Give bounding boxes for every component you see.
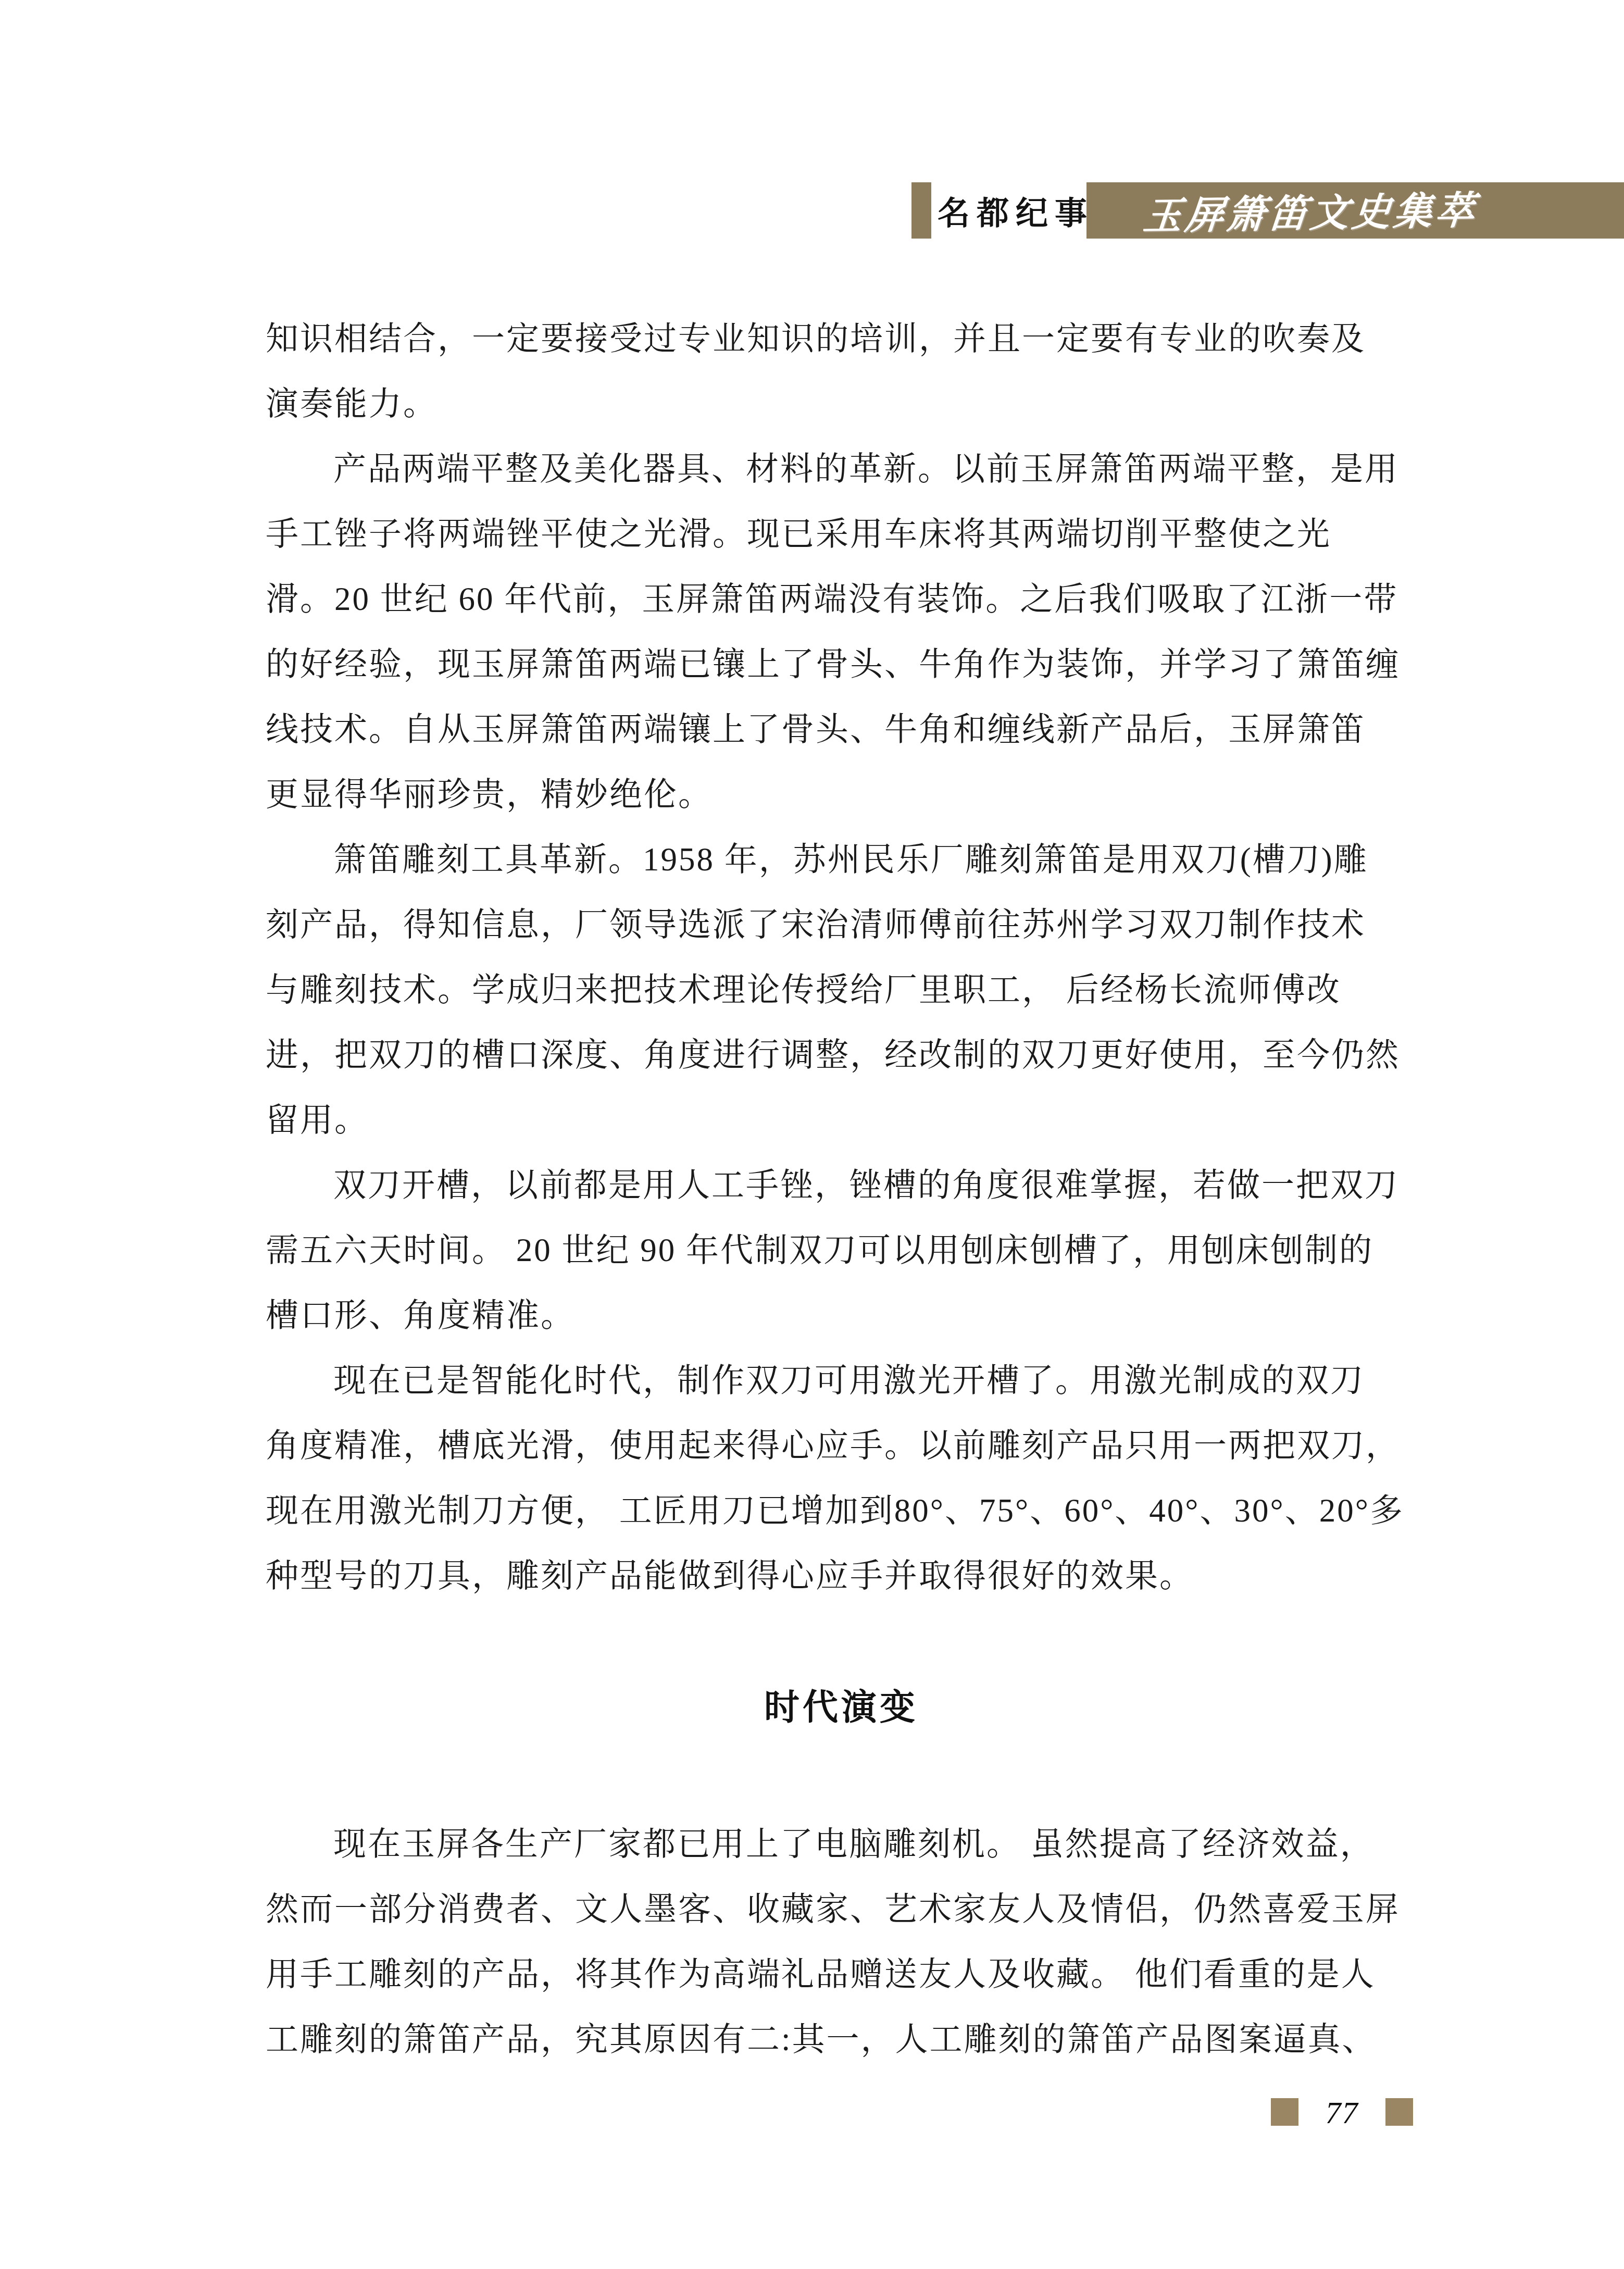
folio-square-left [1271,2098,1298,2126]
body-line: 箫笛雕刻工具革新。1958 年，苏州民乐厂雕刻箫笛是用双刀(槽刀)雕 [266,827,1417,892]
header-accent-bar [911,182,931,239]
body-line: 手工锉子将两端锉平使之光滑。现已采用车床将其两端切削平整使之光 [266,502,1417,567]
running-head: 名都纪事 玉屏箫笛文史集萃 [0,182,1624,239]
body-line: 需五六天时间。 20 世纪 90 年代制双刀可以用刨床刨槽了，用刨床刨制的 [266,1218,1417,1283]
body-line: 现在用激光制刀方便， 工匠用刀已增加到80°、75°、60°、40°、30°、2… [266,1478,1417,1543]
body-line: 双刀开槽，以前都是用人工手锉，锉槽的角度很难掌握，若做一把双刀 [266,1153,1417,1218]
body-line: 产品两端平整及美化器具、材料的革新。以前玉屏箫笛两端平整，是用 [266,437,1417,502]
body-line: 知识相结合，一定要接受过专业知识的培训，并且一定要有专业的吹奏及 [266,306,1417,371]
body-line: 更显得华丽珍贵，精妙绝伦。 [266,762,1417,827]
body-line: 与雕刻技术。学成归来把技术理论传授给厂里职工， 后经杨长流师傅改 [266,957,1417,1023]
body-line: 用手工雕刻的产品，将其作为高端礼品赠送友人及收藏。 他们看重的是人 [266,1942,1417,2007]
body-line: 进，把双刀的槽口深度、角度进行调整，经改制的双刀更好使用，至今仍然 [266,1023,1417,1088]
body-line: 线技术。自从玉屏箫笛两端镶上了骨头、牛角和缠线新产品后，玉屏箫笛 [266,697,1417,762]
section-heading: 时代演变 [266,1687,1417,1728]
body-line: 种型号的刀具，雕刻产品能做到得心应手并取得很好的效果。 [266,1543,1417,1609]
section-title: 名都纪事 [938,182,1094,239]
body-line: 留用。 [266,1088,1417,1153]
page-number: 77 [1298,2095,1385,2131]
folio-square-right [1385,2098,1413,2126]
body-line: 演奏能力。 [266,371,1417,437]
body-line: 槽口形、角度精准。 [266,1283,1417,1348]
body-line: 的好经验，现玉屏箫笛两端已镶上了骨头、牛角作为装饰，并学习了箫笛缠 [266,632,1417,697]
header-band: 玉屏箫笛文史集萃 [1086,182,1624,239]
body-line: 滑。20 世纪 60 年代前，玉屏箫笛两端没有装饰。之后我们吸取了江浙一带 [266,567,1417,632]
book-page: 名都纪事 玉屏箫笛文史集萃 知识相结合，一定要接受过专业知识的培训，并且一定要有… [0,0,1624,2269]
book-title-calligraphy: 玉屏箫笛文史集萃 [1141,180,1480,241]
body-line: 现在已是智能化时代，制作双刀可用激光开槽了。用激光制成的双刀 [266,1348,1417,1413]
body-line: 刻产品，得知信息，厂领导选派了宋治清师傅前往苏州学习双刀制作技术 [266,892,1417,957]
body-line: 然而一部分消费者、文人墨客、收藏家、艺术家友人及情侣，仍然喜爱玉屏 [266,1877,1417,1942]
page-footer: 77 [0,2098,1624,2127]
text-block: 知识相结合，一定要接受过专业知识的培训，并且一定要有专业的吹奏及 演奏能力。 产… [266,306,1417,2072]
body-line: 现在玉屏各生产厂家都已用上了电脑雕刻机。 虽然提高了经济效益， [266,1812,1417,1877]
body-line: 角度精准，槽底光滑，使用起来得心应手。以前雕刻产品只用一两把双刀， [266,1413,1417,1478]
body-line: 工雕刻的箫笛产品，究其原因有二:其一，人工雕刻的箫笛产品图案逼真、 [266,2007,1417,2072]
